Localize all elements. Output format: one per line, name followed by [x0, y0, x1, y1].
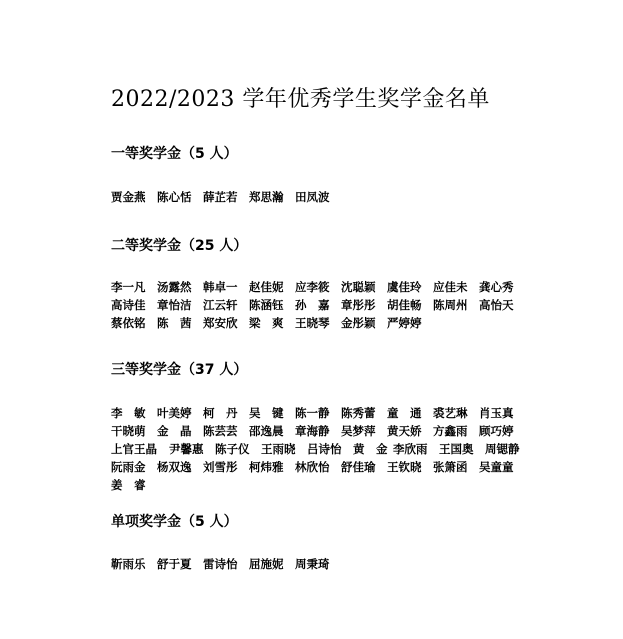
student-name: 王晓琴: [295, 314, 341, 332]
student-name: 干晓萌: [111, 422, 157, 440]
student-name: 应佳未: [433, 278, 479, 296]
student-name: 刘雪彤: [203, 458, 249, 476]
student-name: 王钦晓: [387, 458, 433, 476]
student-name: 林欣怡: [295, 458, 341, 476]
student-name: 姜 睿: [111, 476, 157, 494]
student-name: 李一凡: [111, 278, 157, 296]
student-name: 高怡天: [479, 296, 525, 314]
student-name: 周锶静: [485, 440, 531, 458]
student-name: 章怡洁: [157, 296, 203, 314]
student-name: 李 敏: [111, 404, 157, 422]
student-name: 邵逸晨: [249, 422, 295, 440]
student-name: 王国奥: [439, 440, 485, 458]
student-name: 吕诗怡: [307, 440, 353, 458]
student-name: 雷诗怡: [203, 555, 249, 573]
section-heading-third-prize: 三等奖学金（37 人）: [111, 359, 247, 379]
student-name: 田凤波: [295, 188, 341, 206]
student-name: 黄天娇: [387, 422, 433, 440]
name-row: 姜 睿: [111, 476, 531, 494]
student-name: 张箫函: [433, 458, 479, 476]
student-name: 汤露然: [157, 278, 203, 296]
student-name: 舒佳瑜: [341, 458, 387, 476]
section-heading-first-prize: 一等奖学金（5 人）: [111, 143, 238, 163]
page-title: 2022/2023 学年优秀学生奖学金名单: [111, 82, 490, 113]
student-name: 陈一静: [295, 404, 341, 422]
name-row: 贾金燕 陈心恬 薛芷若 郑思瀚 田凤波: [111, 188, 341, 206]
student-name: 高诗佳: [111, 296, 157, 314]
student-name: 应李筱: [295, 278, 341, 296]
student-name: 金彤颖: [341, 314, 387, 332]
student-name: 李欣雨: [393, 440, 439, 458]
name-row: 干晓萌 金 晶 陈芸芸 邵逸晨 章海静 吴梦萍 黄天娇 方鑫雨 顾巧婷: [111, 422, 531, 440]
student-name: 肖玉真: [479, 404, 525, 422]
name-row: 上官王晶 尹馨惠 陈子仪 王雨晓 吕诗怡 黄 金 李欣雨 王国奥 周锶静: [111, 440, 531, 458]
name-row: 阮雨金 杨双逸 刘雪彤 柯炜雅 林欣怡 舒佳瑜 王钦晓 张箫函 吴童童: [111, 458, 531, 476]
student-name: 梁 爽: [249, 314, 295, 332]
student-name: 吴梦萍: [341, 422, 387, 440]
student-name: 吴童童: [479, 458, 525, 476]
student-name: 贾金燕: [111, 188, 157, 206]
student-name: 裘艺琳: [433, 404, 479, 422]
student-name: 陈心恬: [157, 188, 203, 206]
section-heading-special-prize: 单项奖学金（5 人）: [111, 511, 238, 531]
student-name: 韩卓一: [203, 278, 249, 296]
student-name: 章彤彤: [341, 296, 387, 314]
student-name: 靳雨乐: [111, 555, 157, 573]
name-row: 李 敏 叶美婷 柯 丹 吴 键 陈一静 陈秀蕾 童 通 裘艺琳 肖玉真: [111, 404, 531, 422]
student-name: 柯 丹: [203, 404, 249, 422]
first-prize-names: 贾金燕 陈心恬 薛芷若 郑思瀚 田凤波: [111, 188, 341, 206]
student-name: 童 通: [387, 404, 433, 422]
student-name: 顾巧婷: [479, 422, 525, 440]
student-name: 杨双逸: [157, 458, 203, 476]
student-name: 吴 键: [249, 404, 295, 422]
section-heading-second-prize: 二等奖学金（25 人）: [111, 235, 247, 255]
student-name: 陈 茜: [157, 314, 203, 332]
student-name: 蔡依铭: [111, 314, 157, 332]
name-row: 靳雨乐 舒于夏 雷诗怡 屈施妮 周秉琦: [111, 555, 341, 573]
student-name: 柯炜雅: [249, 458, 295, 476]
student-name: 舒于夏: [157, 555, 203, 573]
student-name: 陈芸芸: [203, 422, 249, 440]
student-name: 王雨晓: [261, 440, 307, 458]
name-row: 蔡依铭 陈 茜 郑安欣 梁 爽 王晓琴 金彤颖 严婷婷: [111, 314, 525, 332]
student-name: 陈周州: [433, 296, 479, 314]
student-name: 陈秀蕾: [341, 404, 387, 422]
student-name: 章海静: [295, 422, 341, 440]
name-row: 李一凡 汤露然 韩卓一 赵佳妮 应李筱 沈聪颖 虞佳玲 应佳未 龚心秀: [111, 278, 525, 296]
student-name: 阮雨金: [111, 458, 157, 476]
student-name: 龚心秀: [479, 278, 525, 296]
student-name: 陈涵钰: [249, 296, 295, 314]
student-name: 沈聪颖: [341, 278, 387, 296]
student-name: 胡佳畅: [387, 296, 433, 314]
student-name: 屈施妮: [249, 555, 295, 573]
student-name: 孙 嘉: [295, 296, 341, 314]
third-prize-names: 李 敏 叶美婷 柯 丹 吴 键 陈一静 陈秀蕾 童 通 裘艺琳 肖玉真 干晓萌 …: [111, 404, 531, 494]
student-name: 方鑫雨: [433, 422, 479, 440]
student-name: 江云轩: [203, 296, 249, 314]
student-name: 薛芷若: [203, 188, 249, 206]
special-prize-names: 靳雨乐 舒于夏 雷诗怡 屈施妮 周秉琦: [111, 555, 341, 573]
student-name: 虞佳玲: [387, 278, 433, 296]
student-name: 尹馨惠: [169, 440, 215, 458]
student-name: 周秉琦: [295, 555, 341, 573]
student-name: 叶美婷: [157, 404, 203, 422]
student-name: 郑安欣: [203, 314, 249, 332]
student-name: 郑思瀚: [249, 188, 295, 206]
name-row: 高诗佳 章怡洁 江云轩 陈涵钰 孙 嘉 章彤彤 胡佳畅 陈周州 高怡天: [111, 296, 525, 314]
student-name: 陈子仪: [215, 440, 261, 458]
student-name: 严婷婷: [387, 314, 433, 332]
student-name: 金 晶: [157, 422, 203, 440]
second-prize-names: 李一凡 汤露然 韩卓一 赵佳妮 应李筱 沈聪颖 虞佳玲 应佳未 龚心秀 高诗佳 …: [111, 278, 525, 332]
student-name: 黄 金: [353, 440, 393, 458]
student-name: 上官王晶: [111, 440, 169, 458]
student-name: 赵佳妮: [249, 278, 295, 296]
